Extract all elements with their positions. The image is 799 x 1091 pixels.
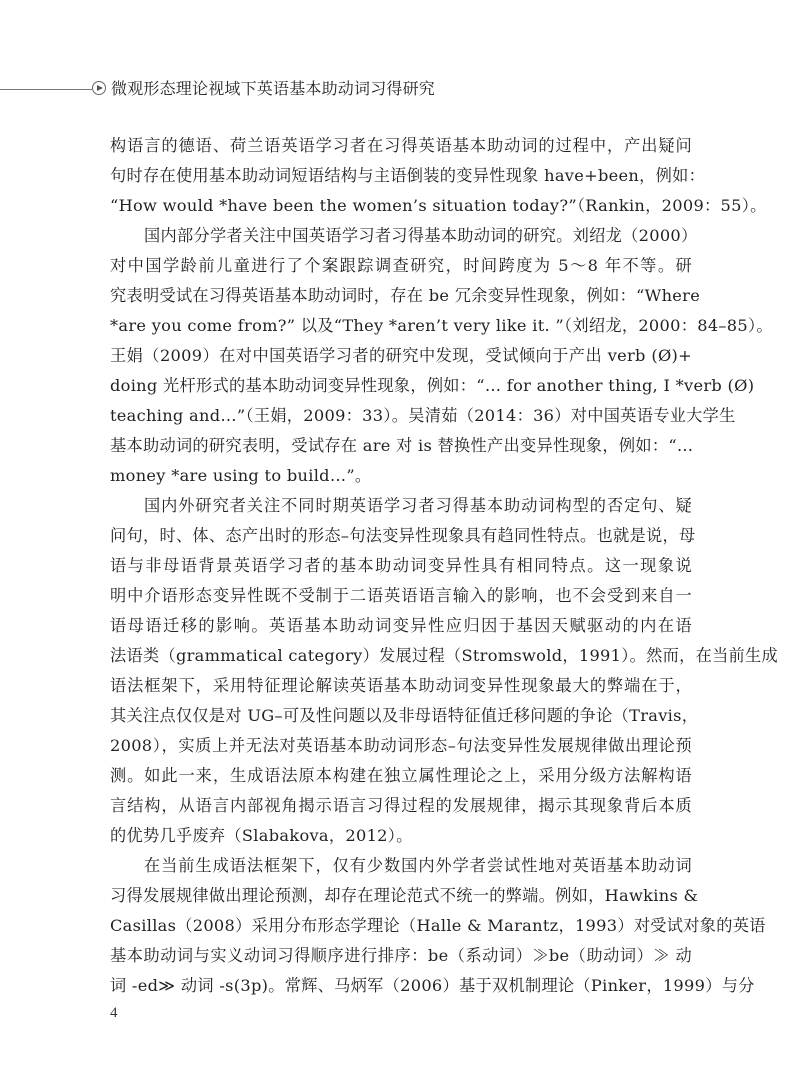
- text-line: 句时存在使用基本助动词短语结构与主语倒装的变异性现象 have+been，例如：: [110, 161, 692, 191]
- text-line: Casillas（2008）采用分布形态学理论（Halle & Marantz，…: [110, 911, 692, 941]
- running-header: 微观形态理论视域下英语基本助动词习得研究: [0, 78, 520, 100]
- text-line: 王娟（2009）在对中国英语学习者的研究中发现，受试倾向于产出 verb (Ø)…: [110, 341, 692, 371]
- text-line: 明中介语形态变异性既不受制于二语英语语言输入的影响，也不会受到来自一: [110, 581, 692, 611]
- text-line: *are you come from?” 以及“They *aren’t ver…: [110, 311, 692, 341]
- text-line: 问句，时、体、态产出时的形态–句法变异性现象具有趋同性特点。也就是说，母: [110, 521, 692, 551]
- text-line: 基本助动词与实义动词习得顺序进行排序：be（系动词）≫be（助动词）≫ 动: [110, 941, 692, 971]
- text-line: 言结构，从语言内部视角揭示语言习得过程的发展规律，揭示其现象背后本质: [110, 791, 692, 821]
- text-line: 构语言的德语、荷兰语英语学习者在习得英语基本助动词的过程中，产出疑问: [110, 131, 692, 161]
- text-line: 基本助动词的研究表明，受试存在 are 对 is 替换性产出变异性现象，例如：“…: [110, 431, 692, 461]
- text-line: 的优势几乎废弃（Slabakova，2012）。: [110, 821, 692, 851]
- text-line: 习得发展规律做出理论预测，却存在理论范式不统一的弊端。例如，Hawkins &: [110, 881, 692, 911]
- paragraph: 在当前生成语法框架下，仅有少数国内外学者尝试性地对英语基本助动词习得发展规律做出…: [110, 851, 692, 1001]
- text-line: 究表明受试在习得英语基本助动词时，存在 be 冗余变异性现象，例如：“Where: [110, 281, 692, 311]
- running-header-title: 微观形态理论视域下英语基本助动词习得研究: [111, 78, 435, 100]
- text-line: 在当前生成语法框架下，仅有少数国内外学者尝试性地对英语基本助动词: [110, 851, 692, 881]
- text-line: 语母语迁移的影响。英语基本助动词变异性应归因于基因天赋驱动的内在语: [110, 611, 692, 641]
- text-line: 2008），实质上并无法对英语基本助动词形态–句法变异性发展规律做出理论预: [110, 731, 692, 761]
- text-line: 国内外研究者关注不同时期英语学习者习得基本助动词构型的否定句、疑: [110, 491, 692, 521]
- text-line: 测。如此一来，生成语法原本构建在独立属性理论之上，采用分级方法解构语: [110, 761, 692, 791]
- play-circle-icon: [92, 81, 106, 95]
- body-text: 构语言的德语、荷兰语英语学习者在习得英语基本助动词的过程中，产出疑问句时存在使用…: [110, 131, 692, 1001]
- page-number: 4: [110, 1005, 118, 1022]
- paragraph: 构语言的德语、荷兰语英语学习者在习得英语基本助动词的过程中，产出疑问句时存在使用…: [110, 131, 692, 221]
- text-line: 语法框架下，采用特征理论解读英语基本助动词变异性现象最大的弊端在于，: [110, 671, 692, 701]
- text-line: teaching and…”（王娟，2009：33）。吴清茹（2014：36）对…: [110, 401, 692, 431]
- text-line: 语与非母语背景英语学习者的基本助动词变异性具有相同特点。这一现象说: [110, 551, 692, 581]
- paragraph: 国内外研究者关注不同时期英语学习者习得基本助动词构型的否定句、疑问句，时、体、态…: [110, 491, 692, 851]
- text-line: 词 -ed≫ 动词 -s(3p)。常辉、马炳军（2006）基于双机制理论（Pin…: [110, 971, 692, 1001]
- text-line: 对中国学龄前儿童进行了个案跟踪调查研究，时间跨度为 5～8 年不等。研: [110, 251, 692, 281]
- header-rule: [0, 89, 92, 90]
- text-line: “How would *have been the women’s situat…: [110, 191, 692, 221]
- text-line: 其关注点仅仅是对 UG–可及性问题以及非母语特征值迁移问题的争论（Travis，: [110, 701, 692, 731]
- paragraph: 国内部分学者关注中国英语学习者习得基本助动词的研究。刘绍龙（2000）对中国学龄…: [110, 221, 692, 491]
- text-line: 国内部分学者关注中国英语学习者习得基本助动词的研究。刘绍龙（2000）: [110, 221, 692, 251]
- text-line: 法语类（grammatical category）发展过程（Stromswold…: [110, 641, 692, 671]
- text-line: money *are using to build…”。: [110, 461, 692, 491]
- text-line: doing 光杆形式的基本助动词变异性现象，例如：“… for another …: [110, 371, 692, 401]
